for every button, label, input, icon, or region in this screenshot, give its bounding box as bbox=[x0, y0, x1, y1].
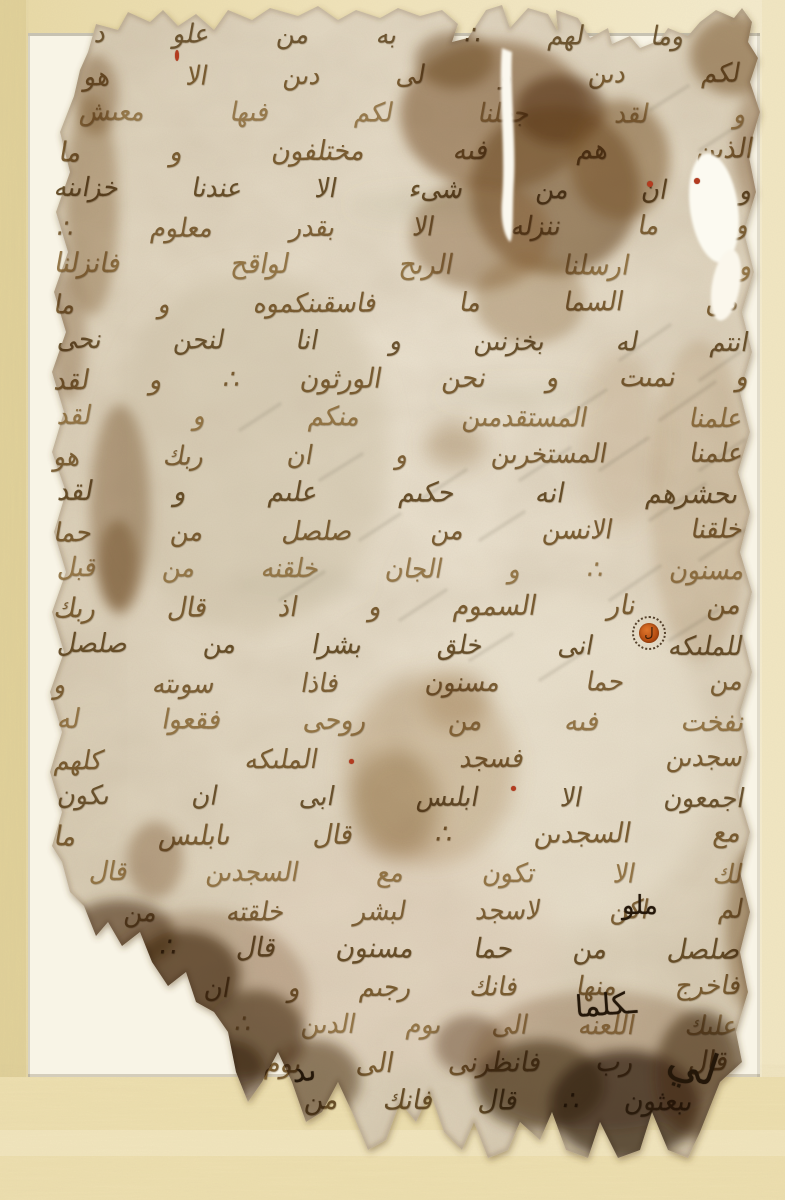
tear-crack bbox=[501, 48, 515, 242]
manuscript-photo: وما لهم ∴ به من علو دلكم دىن و لى دىن ال… bbox=[0, 0, 785, 1200]
losses-layer bbox=[0, 0, 785, 1200]
missing-chunk bbox=[683, 150, 746, 266]
